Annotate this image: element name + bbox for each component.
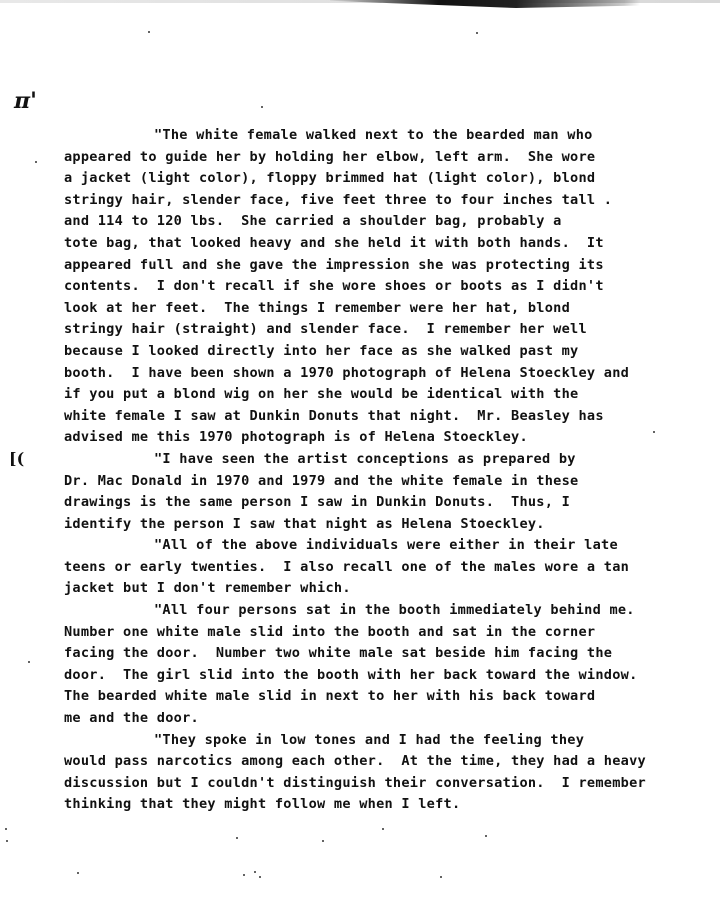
text-line: tote bag, that looked heavy and she held… — [64, 233, 704, 255]
text-line: thinking that they might follow me when … — [64, 794, 704, 816]
text-line: white female I saw at Dunkin Donuts that… — [64, 406, 704, 428]
text-line: jacket but I don't remember which. — [64, 578, 704, 600]
paragraph: "They spoke in low tones and I had the f… — [64, 730, 704, 816]
text-line: advised me this 1970 photograph is of He… — [64, 427, 704, 449]
scan-speck — [259, 876, 261, 878]
text-line: stringy hair (straight) and slender face… — [64, 319, 704, 341]
text-line: appeared to guide her by holding her elb… — [64, 147, 704, 169]
text-line: teens or early twenties. I also recall o… — [64, 557, 704, 579]
paragraph: "I have seen the artist conceptions as p… — [64, 449, 704, 535]
text-line: if you put a blond wig on her she would … — [64, 384, 704, 406]
text-line: a jacket (light color), floppy brimmed h… — [64, 168, 704, 190]
text-line: door. The girl slid into the booth with … — [64, 665, 704, 687]
paragraph: "The white female walked next to the bea… — [64, 125, 704, 449]
scan-speck — [382, 828, 384, 830]
text-line: "All of the above individuals were eithe… — [64, 535, 704, 557]
paragraph: "All of the above individuals were eithe… — [64, 535, 704, 600]
scan-speck — [77, 872, 79, 874]
scan-artifact-streak — [330, 0, 640, 8]
scan-speck — [254, 871, 256, 873]
scan-speck — [485, 835, 487, 837]
text-line: stringy hair, slender face, five feet th… — [64, 190, 704, 212]
scan-speck — [236, 837, 238, 839]
scan-speck — [476, 32, 478, 34]
text-line: facing the door. Number two white male s… — [64, 643, 704, 665]
text-line: contents. I don't recall if she wore sho… — [64, 276, 704, 298]
text-line: appeared full and she gave the impressio… — [64, 255, 704, 277]
scan-speck — [5, 828, 7, 830]
scan-speck — [35, 161, 37, 163]
text-line: booth. I have been shown a 1970 photogra… — [64, 363, 704, 385]
text-line: The bearded white male slid in next to h… — [64, 686, 704, 708]
typewritten-statement: "The white female walked next to the bea… — [64, 125, 704, 816]
text-line: because I looked directly into her face … — [64, 341, 704, 363]
margin-bracket-mark: [( — [9, 449, 24, 468]
text-line: "I have seen the artist conceptions as p… — [64, 449, 704, 471]
scan-speck — [322, 840, 324, 842]
text-line: Dr. Mac Donald in 1970 and 1979 and the … — [64, 471, 704, 493]
scan-speck — [28, 661, 30, 663]
text-line: me and the door. — [64, 708, 704, 730]
scan-speck — [6, 840, 8, 842]
text-line: "They spoke in low tones and I had the f… — [64, 730, 704, 752]
scan-speck — [148, 31, 150, 33]
text-line: drawings is the same person I saw in Dun… — [64, 492, 704, 514]
scan-speck — [261, 106, 263, 108]
text-line: look at her feet. The things I remember … — [64, 298, 704, 320]
text-line: "All four persons sat in the booth immed… — [64, 600, 704, 622]
text-line: Number one white male slid into the boot… — [64, 622, 704, 644]
paragraph: "All four persons sat in the booth immed… — [64, 600, 704, 730]
text-line: "The white female walked next to the bea… — [64, 125, 704, 147]
text-line: and 114 to 120 lbs. She carried a should… — [64, 211, 704, 233]
margin-handwritten-mark: π' — [14, 88, 37, 114]
text-line: discussion but I couldn't distinguish th… — [64, 773, 704, 795]
text-line: would pass narcotics among each other. A… — [64, 751, 704, 773]
scan-speck — [653, 431, 655, 433]
scan-speck — [243, 874, 245, 876]
scan-speck — [440, 876, 442, 878]
text-line: identify the person I saw that night as … — [64, 514, 704, 536]
